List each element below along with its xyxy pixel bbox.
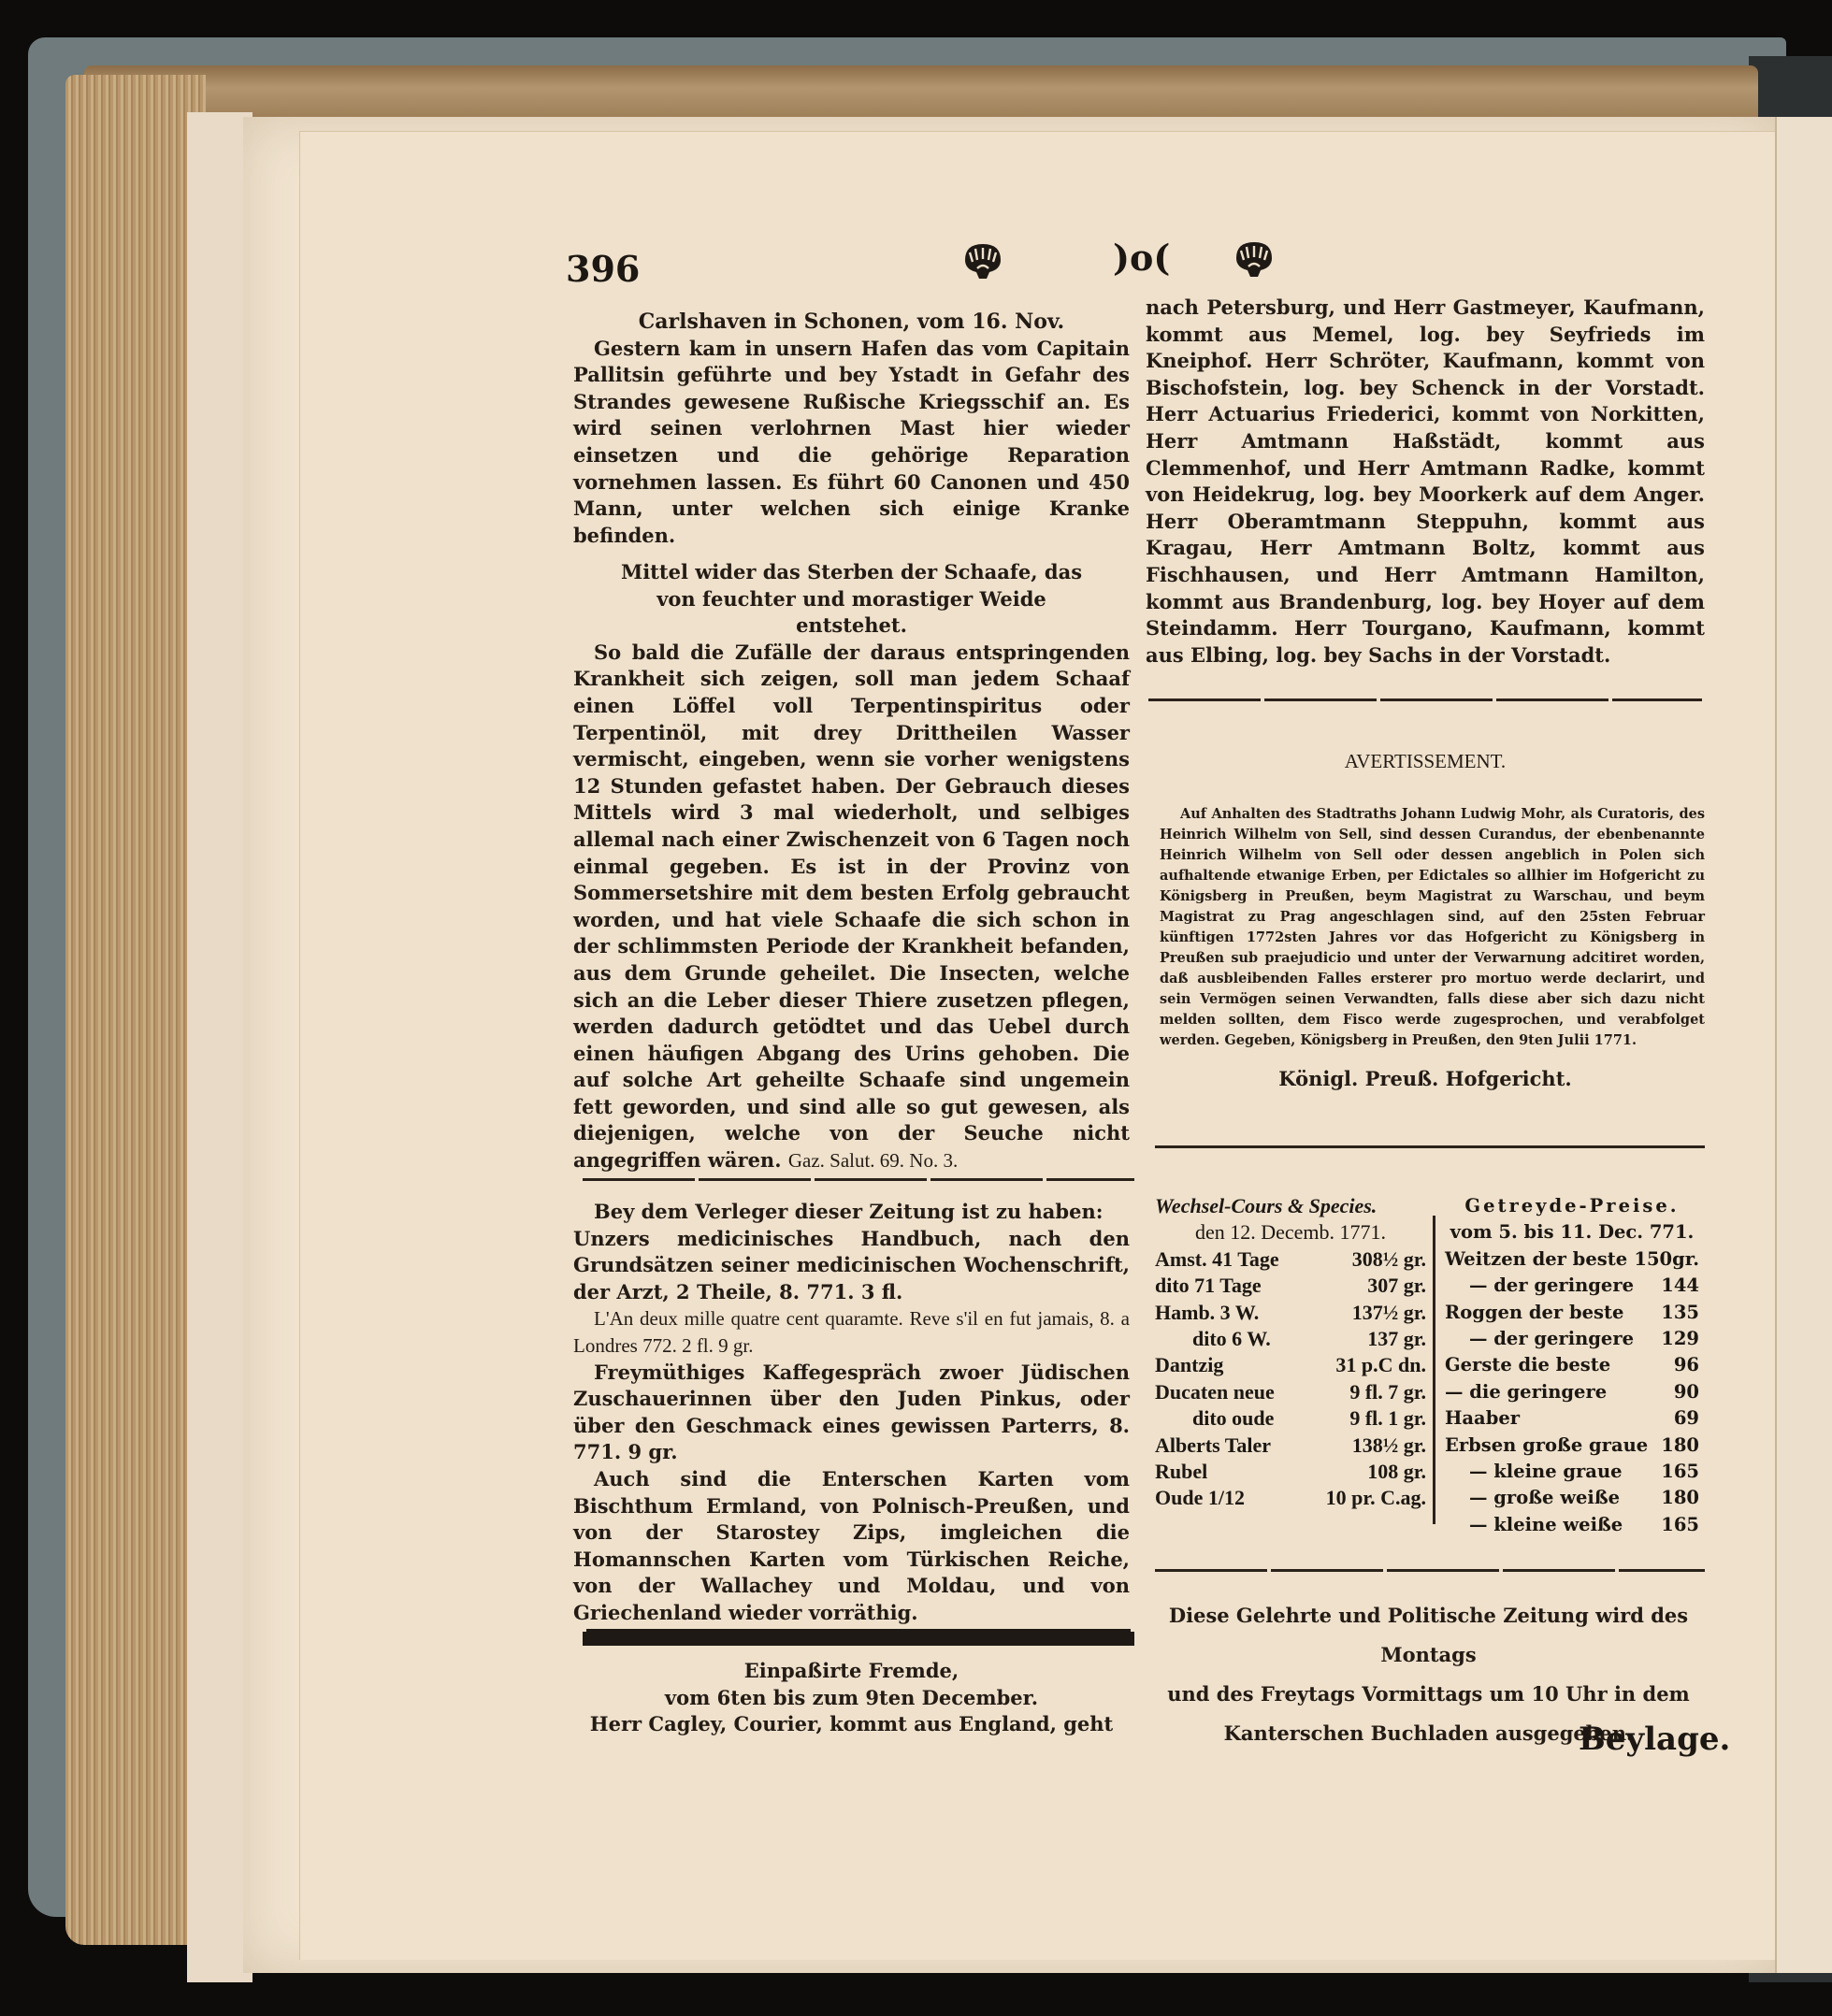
row-value: 137 gr.: [1367, 1326, 1426, 1352]
article-verleger: Bey dem Verleger dieser Zeitung ist zu h…: [573, 1199, 1130, 1627]
row-value: 138½ gr.: [1352, 1433, 1426, 1459]
row-label: Roggen der beste: [1445, 1300, 1623, 1326]
row-label: Ducaten neue: [1155, 1379, 1275, 1405]
page-number: 396: [566, 248, 640, 290]
colophon-line: und des Freytags Vormittags um 10 Uhr in…: [1146, 1675, 1711, 1714]
table-row: — kleine graue165: [1445, 1459, 1699, 1485]
row-value: 9 fl. 7 gr.: [1349, 1379, 1426, 1405]
article-title-line: entstehet.: [573, 612, 1130, 640]
row-label: — die geringere: [1445, 1379, 1607, 1405]
article-source: Gaz. Salut. 69. No. 3.: [788, 1149, 958, 1172]
table-row: Amst. 41 Tage308½ gr.: [1155, 1246, 1426, 1273]
row-label: Dantzig: [1155, 1352, 1223, 1378]
table-title-text: Wechsel-Cours & Species.: [1155, 1193, 1377, 1219]
avertissement-title: AVERTISSEMENT.: [1146, 748, 1705, 775]
row-label: — große weiße: [1469, 1485, 1620, 1511]
row-value: 69: [1674, 1405, 1699, 1432]
row-label: Amst. 41 Tage: [1155, 1246, 1279, 1273]
section-divider: [1148, 698, 1702, 701]
avertissement-signature-wrap: Königl. Preuß. Hofgericht.: [1146, 1066, 1705, 1093]
page-block-top-edge: [84, 65, 1758, 122]
article-carlshaven: Carlshaven in Schonen, vom 16. Nov. Gest…: [573, 309, 1130, 549]
row-value: 180: [1661, 1485, 1699, 1511]
article-fremde-continued: nach Petersburg, und Herr Gastmeyer, Kau…: [1146, 295, 1705, 669]
row-value: 96: [1674, 1352, 1699, 1378]
table-row: Weitzen der beste150gr.: [1445, 1246, 1699, 1273]
article-body: nach Petersburg, und Herr Gastmeyer, Kau…: [1146, 295, 1705, 669]
section-divider: [583, 1178, 1134, 1181]
row-label: Weitzen der beste: [1445, 1246, 1627, 1273]
row-label: Hamb. 3 W.: [1155, 1300, 1259, 1326]
catchword: Beylage.: [1579, 1721, 1730, 1758]
article-body-text: So bald die Zufälle der daraus entspring…: [573, 641, 1130, 1172]
row-label: Gerste die beste: [1445, 1352, 1610, 1378]
ad-item: L'An deux mille quatre cent quaramte. Re…: [573, 1305, 1130, 1359]
row-value: 129: [1661, 1326, 1699, 1352]
table-row: Ducaten neue9 fl. 7 gr.: [1155, 1379, 1426, 1405]
shell-ornament-icon: [961, 241, 1004, 287]
row-value: 308½ gr.: [1352, 1246, 1426, 1273]
row-value: 150gr.: [1634, 1246, 1699, 1273]
ad-item: Freymüthiges Kaffegespräch zwoer Jüdisch…: [573, 1360, 1130, 1466]
article-title-line: Mittel wider das Sterben der Schaafe, da…: [573, 559, 1130, 586]
grain-prices-table: Getreyde-Preise. vom 5. bis 11. Dec. 771…: [1445, 1193, 1699, 1538]
avertissement-body: Auf Anhalten des Stadtraths Johann Ludwi…: [1160, 804, 1705, 1051]
table-date: vom 5. bis 11. Dec. 771.: [1445, 1219, 1699, 1246]
table-row: Erbsen große graue180: [1445, 1433, 1699, 1459]
table-row: — große weiße180: [1445, 1485, 1699, 1511]
colophon-line: Diese Gelehrte und Politische Zeitung wi…: [1146, 1596, 1711, 1675]
table-title-text: Getreyde-Preise.: [1464, 1193, 1679, 1219]
row-label: dito 71 Tage: [1155, 1273, 1262, 1299]
row-value: 165: [1661, 1512, 1699, 1538]
row-label: dito oude: [1192, 1405, 1274, 1432]
table-column-divider: [1433, 1216, 1435, 1524]
exchange-rates-table: Wechsel-Cours & Species. den 12. Decemb.…: [1155, 1193, 1426, 1512]
table-row: — der geringere129: [1445, 1326, 1699, 1352]
article-fremde: Einpaßirte Fremde, vom 6ten bis zum 9ten…: [573, 1658, 1130, 1738]
article-body: Gestern kam in unsern Hafen das vom Capi…: [573, 336, 1130, 550]
article-body: Herr Cagley, Courier, kommt aus England,…: [573, 1711, 1130, 1738]
table-row: Rubel108 gr.: [1155, 1459, 1426, 1485]
row-label: — kleine weiße: [1469, 1512, 1623, 1538]
row-value: 90: [1674, 1379, 1699, 1405]
table-row: — kleine weiße165: [1445, 1512, 1699, 1538]
row-label: Haaber: [1445, 1405, 1520, 1432]
table-date-text: den 12. Decemb. 1771.: [1195, 1219, 1386, 1246]
table-row: Hamb. 3 W.137½ gr.: [1155, 1300, 1426, 1326]
table-row: dito 71 Tage307 gr.: [1155, 1273, 1426, 1299]
table-date-text: vom 5. bis 11. Dec. 771.: [1450, 1219, 1695, 1246]
table-row: dito oude9 fl. 1 gr.: [1155, 1405, 1426, 1432]
row-value: 10 pr. C.ag.: [1326, 1485, 1426, 1511]
shell-ornament-icon: [1233, 239, 1276, 285]
table-row: Oude 1/1210 pr. C.ag.: [1155, 1485, 1426, 1511]
facing-page-gutter: [1775, 117, 1832, 1973]
table-row: dito 6 W.137 gr.: [1155, 1326, 1426, 1352]
article-title: Einpaßirte Fremde,: [573, 1658, 1130, 1685]
article-schaafe: Mittel wider das Sterben der Schaafe, da…: [573, 559, 1130, 1174]
section-divider-thick: [583, 1632, 1134, 1646]
row-label: Oude 1/12: [1155, 1485, 1245, 1511]
row-value: 135: [1661, 1300, 1699, 1326]
article-body: So bald die Zufälle der daraus entspring…: [573, 640, 1130, 1174]
row-value: 108 gr.: [1367, 1459, 1426, 1485]
section-divider: [1155, 1145, 1705, 1148]
table-row: Dantzig31 p.C dn.: [1155, 1352, 1426, 1378]
row-label: — kleine graue: [1469, 1459, 1623, 1485]
center-ornament: )o(: [1113, 239, 1170, 277]
table-date: den 12. Decemb. 1771.: [1155, 1219, 1426, 1246]
table-title: Getreyde-Preise.: [1445, 1193, 1699, 1219]
row-value: 31 p.C dn.: [1335, 1352, 1426, 1378]
article-title: Carlshaven in Schonen, vom 16. Nov.: [573, 309, 1130, 336]
ad-intro: Bey dem Verleger dieser Zeitung ist zu h…: [573, 1199, 1130, 1226]
row-label: — der geringere: [1469, 1273, 1634, 1299]
table-row: — die geringere90: [1445, 1379, 1699, 1405]
row-label: dito 6 W.: [1192, 1326, 1271, 1352]
table-title: Wechsel-Cours & Species.: [1155, 1193, 1426, 1219]
row-value: 9 fl. 1 gr.: [1349, 1405, 1426, 1432]
article-title-line: von feuchter und morastiger Weide: [573, 586, 1130, 613]
table-row: Haaber69: [1445, 1405, 1699, 1432]
avertissement-signature: Königl. Preuß. Hofgericht.: [1146, 1066, 1705, 1093]
row-value: 307 gr.: [1367, 1273, 1426, 1299]
article-subtitle: vom 6ten bis zum 9ten December.: [573, 1685, 1130, 1712]
row-value: 165: [1661, 1459, 1699, 1485]
row-label: Rubel: [1155, 1459, 1207, 1485]
row-label: — der geringere: [1469, 1326, 1634, 1352]
section-divider: [1155, 1569, 1705, 1572]
row-label: Erbsen große graue: [1445, 1433, 1648, 1459]
table-row: Gerste die beste96: [1445, 1352, 1699, 1378]
avertissement-notice: Auf Anhalten des Stadtraths Johann Ludwi…: [1160, 804, 1705, 1051]
table-row: — der geringere144: [1445, 1273, 1699, 1299]
ad-item: Auch sind die Enterschen Karten vom Bisc…: [573, 1466, 1130, 1627]
row-value: 137½ gr.: [1352, 1300, 1426, 1326]
row-value: 180: [1661, 1433, 1699, 1459]
row-label: Alberts Taler: [1155, 1433, 1271, 1459]
avertissement-title-wrap: AVERTISSEMENT.: [1146, 748, 1705, 775]
table-row: Alberts Taler138½ gr.: [1155, 1433, 1426, 1459]
table-row: Roggen der beste135: [1445, 1300, 1699, 1326]
row-value: 144: [1661, 1273, 1699, 1299]
page-block-fore-edge: [65, 75, 206, 1945]
ad-item: Unzers medicinisches Handbuch, nach den …: [573, 1226, 1130, 1306]
